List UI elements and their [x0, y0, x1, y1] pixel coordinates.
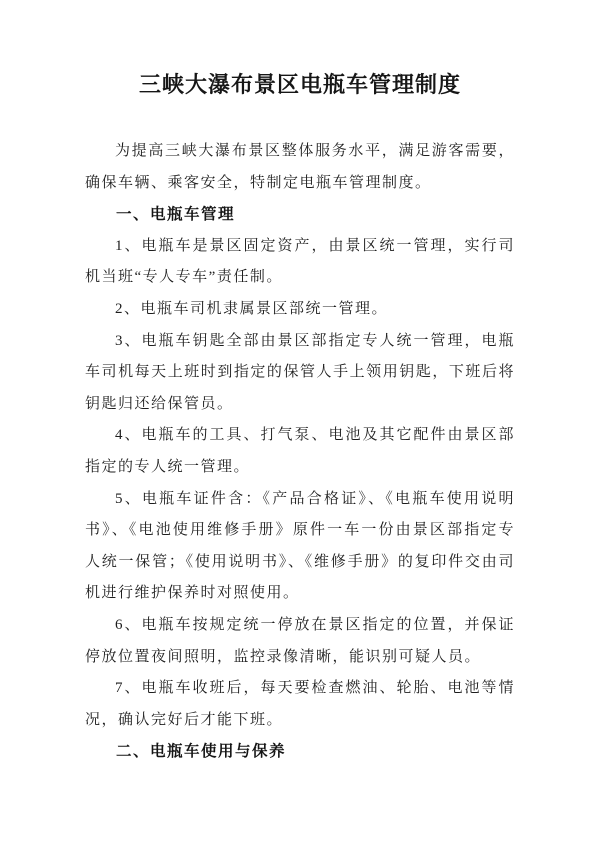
document-page: 三峡大瀑布景区电瓶车管理制度 为提高三峡大瀑布景区整体服务水平，满足游客需要，确… [0, 0, 595, 842]
intro-paragraph: 为提高三峡大瀑布景区整体服务水平，满足游客需要，确保车辆、乘客安全，特制定电瓶车… [85, 136, 515, 199]
section-1-heading: 一、电瓶车管理 [85, 199, 515, 231]
section-1-item-2: 2、电瓶车司机隶属景区部统一管理。 [85, 294, 515, 326]
section-1-item-4: 4、电瓶车的工具、打气泵、电池及其它配件由景区部指定的专人统一管理。 [85, 420, 515, 483]
section-1-item-6: 6、电瓶车按规定统一停放在景区指定的位置，并保证停放位置夜间照明，监控录像清晰，… [85, 610, 515, 673]
section-1-item-7: 7、电瓶车收班后，每天要检查燃油、轮胎、电池等情况，确认完好后才能下班。 [85, 673, 515, 736]
section-1-item-3: 3、电瓶车钥匙全部由景区部指定专人统一管理，电瓶车司机每天上班时到指定的保管人手… [85, 326, 515, 421]
section-1-item-5: 5、电瓶车证件含：《产品合格证》、《电瓶车使用说明书》、《电池使用维修手册》原件… [85, 484, 515, 610]
document-content: 三峡大瀑布景区电瓶车管理制度 为提高三峡大瀑布景区整体服务水平，满足游客需要，确… [85, 68, 515, 768]
section-1-item-1: 1、电瓶车是景区固定资产，由景区统一管理，实行司机当班“专人专车”责任制。 [85, 231, 515, 294]
section-2-heading: 二、电瓶车使用与保养 [85, 736, 515, 768]
document-title: 三峡大瀑布景区电瓶车管理制度 [85, 68, 515, 102]
